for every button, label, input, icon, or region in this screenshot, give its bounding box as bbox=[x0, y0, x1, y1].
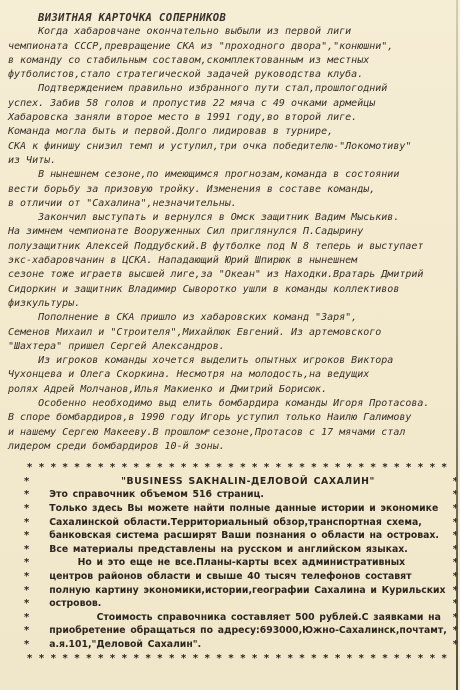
asterisk-glyph: * bbox=[370, 461, 375, 475]
text-line: Из игроков команды хочется выделить опыт… bbox=[8, 354, 456, 368]
text-line: из Читы. bbox=[8, 154, 456, 168]
text-line: вести борьбу за призовую тройку. Изменен… bbox=[8, 183, 456, 197]
asterisk-glyph: * bbox=[442, 652, 447, 666]
asterisk-glyph: * bbox=[157, 652, 162, 666]
text-line: полную картину экономики,истории,географ… bbox=[49, 584, 447, 598]
text-line: Чухонцева и Олега Скоркина. Несмотря на … bbox=[8, 368, 456, 382]
asterisk-glyph: * bbox=[39, 652, 44, 666]
asterisk-glyph: * bbox=[442, 461, 447, 475]
text-line: Пополнение в СКА пришло из хабаровских к… bbox=[8, 311, 456, 325]
asterisk-glyph: * bbox=[264, 461, 269, 475]
text-line: Сидоркин и защитник Владимир Сыворотко у… bbox=[8, 283, 456, 297]
text-line: островов. bbox=[49, 597, 447, 611]
asterisk-glyph: * bbox=[311, 652, 316, 666]
asterisk-glyph: * bbox=[193, 461, 198, 475]
ink-smudge bbox=[206, 429, 210, 432]
asterisk-glyph: * bbox=[311, 461, 316, 475]
asterisk-glyph: * bbox=[122, 461, 127, 475]
asterisk-glyph: * bbox=[252, 461, 257, 475]
asterisk-glyph: * bbox=[157, 461, 162, 475]
asterisk-glyph: * bbox=[98, 461, 103, 475]
text-line: Только здесь Вы можете найти полные данн… bbox=[49, 502, 447, 516]
asterisk-glyph: * bbox=[430, 461, 435, 475]
asterisk-glyph: * bbox=[217, 461, 222, 475]
asterisk-glyph: * bbox=[406, 652, 411, 666]
asterisk-glyph: * bbox=[181, 652, 186, 666]
asterisk-glyph: * bbox=[382, 461, 387, 475]
ad-text: "BUSINESS SAKHALIN-ДЕЛОВОЙ САХАЛИН" Это … bbox=[29, 475, 453, 652]
asterisk-glyph: * bbox=[240, 652, 245, 666]
asterisk-glyph: * bbox=[145, 461, 150, 475]
asterisk-glyph: * bbox=[264, 652, 269, 666]
asterisk-glyph: * bbox=[86, 461, 91, 475]
text-line: центров районов области и свыше 40 тысяч… bbox=[49, 570, 447, 584]
asterisk-glyph: * bbox=[217, 652, 222, 666]
asterisk-glyph: * bbox=[394, 461, 399, 475]
asterisk-glyph: * bbox=[288, 652, 293, 666]
asterisk-glyph: * bbox=[181, 461, 186, 475]
ad-title: "BUSINESS SAKHALIN-ДЕЛОВОЙ САХАЛИН" bbox=[49, 475, 447, 489]
asterisk-glyph: * bbox=[122, 652, 127, 666]
text-line: Когда хабаровчане окончательно выбыли из… bbox=[8, 25, 456, 39]
article-title: ВИЗИТНАЯ КАРТОЧКА СОПЕРНИКОВ bbox=[38, 11, 456, 25]
asterisk-glyph: * bbox=[86, 652, 91, 666]
asterisk-glyph: * bbox=[299, 652, 304, 666]
scan-edge-artifact bbox=[456, 0, 458, 690]
text-line: "Шахтера" пришел Сергей Александров. bbox=[8, 340, 456, 354]
asterisk-glyph: * bbox=[110, 461, 115, 475]
text-line: Подтверждением правильно избранного пути… bbox=[8, 82, 456, 96]
asterisk-glyph: * bbox=[370, 652, 375, 666]
text-line: лидером среди бомбардиров 10-й зоны. bbox=[8, 440, 456, 454]
text-line: В нынешнем сезоне,по имеющимся прогнозам… bbox=[8, 168, 456, 182]
asterisk-glyph: * bbox=[406, 461, 411, 475]
asterisk-glyph: * bbox=[134, 652, 139, 666]
asterisk-glyph: * bbox=[418, 461, 423, 475]
asterisk-border-bottom: * * * * * * * * * * * * bbox=[24, 652, 450, 666]
asterisk-glyph: * bbox=[27, 652, 32, 666]
asterisk-glyph: * bbox=[228, 652, 233, 666]
asterisk-glyph: * bbox=[394, 652, 399, 666]
text-line: Закончил выступать и вернулся в Омск защ… bbox=[8, 211, 456, 225]
asterisk-glyph: * bbox=[240, 461, 245, 475]
asterisk-glyph: * bbox=[347, 652, 352, 666]
text-line: Хабаровска заняли второе место в 1991 го… bbox=[8, 111, 456, 125]
ad-body: Это справочник объемом 516 страниц. Толь… bbox=[49, 488, 447, 651]
asterisk-glyph: * bbox=[276, 652, 281, 666]
asterisk-glyph: * bbox=[169, 652, 174, 666]
text-line: Но и это еще не все.Планы-карты всех адм… bbox=[49, 556, 447, 570]
asterisk-glyph: * bbox=[63, 461, 68, 475]
text-line: полузащитник Алексей Поддубский.В футбол… bbox=[8, 240, 456, 254]
text-line: ролях Адрей Молчанов,Илья Макиенко и Дми… bbox=[8, 383, 456, 397]
text-line: Команда могла быть и первой.Долго лидиро… bbox=[8, 125, 456, 139]
asterisk-glyph: * bbox=[299, 461, 304, 475]
text-line: а.я.101,"Деловой Сахалин". bbox=[49, 638, 447, 652]
text-line: Стоимость справочника составляет 500 руб… bbox=[49, 611, 447, 625]
asterisk-glyph: * bbox=[418, 652, 423, 666]
text-line: банковская система расширят Ваши познани… bbox=[49, 529, 447, 543]
asterisk-glyph: * bbox=[359, 652, 364, 666]
asterisk-glyph: * bbox=[98, 652, 103, 666]
text-line: Все материалы представлены на русском и … bbox=[49, 543, 447, 557]
text-line: Сахалинской области.Территориальный обзо… bbox=[49, 516, 447, 530]
asterisk-glyph: * bbox=[323, 461, 328, 475]
text-line: сезоне тоже играетв высшей лиге,за "Океа… bbox=[8, 268, 456, 282]
advertisement-box: * * * * * * * * * * * * bbox=[0, 461, 460, 665]
text-line: СКА к финишу снизил темп и уступил,три о… bbox=[8, 140, 456, 154]
asterisk-glyph: * bbox=[205, 461, 210, 475]
text-line: В споре бомбардиров,в 1990 году Игорь ус… bbox=[8, 411, 456, 425]
text-line: физкультуры. bbox=[8, 297, 456, 311]
text-line: в команду со стабильным составом,скомпле… bbox=[8, 54, 456, 68]
text-line: футболистов,стало стратегической задачей… bbox=[8, 68, 456, 82]
asterisk-glyph: * bbox=[193, 652, 198, 666]
article: ВИЗИТНАЯ КАРТОЧКА СОПЕРНИКОВ Когда хабар… bbox=[0, 0, 460, 454]
asterisk-glyph: * bbox=[288, 461, 293, 475]
asterisk-glyph: * bbox=[51, 461, 56, 475]
text-line: Особенно необходимо выд елить бомбардира… bbox=[8, 397, 456, 411]
asterisk-glyph: * bbox=[74, 652, 79, 666]
asterisk-glyph: * bbox=[359, 461, 364, 475]
asterisk-glyph: * bbox=[323, 652, 328, 666]
asterisk-glyph: * bbox=[430, 652, 435, 666]
asterisk-glyph: * bbox=[347, 461, 352, 475]
asterisk-glyph: * bbox=[145, 652, 150, 666]
asterisk-border-top: * * * * * * * * * * * * bbox=[24, 461, 450, 475]
asterisk-glyph: * bbox=[382, 652, 387, 666]
asterisk-glyph: * bbox=[63, 652, 68, 666]
asterisk-glyph: * bbox=[169, 461, 174, 475]
asterisk-glyph: * bbox=[335, 461, 340, 475]
text-line: приобретение обращаться по адресу:693000… bbox=[49, 624, 447, 638]
text-line: успех. Забив 58 голов и пропустив 22 мяч… bbox=[8, 97, 456, 111]
asterisk-glyph: * bbox=[335, 652, 340, 666]
asterisk-glyph: * bbox=[51, 652, 56, 666]
text-line: экс-хабаровчанин в ЦСКА. Нападающий Юрий… bbox=[8, 254, 456, 268]
asterisk-glyph: * bbox=[205, 652, 210, 666]
asterisk-glyph: * bbox=[134, 461, 139, 475]
asterisk-glyph: * bbox=[252, 652, 257, 666]
asterisk-glyph: * bbox=[110, 652, 115, 666]
asterisk-glyph: * bbox=[228, 461, 233, 475]
text-line: Это справочник объемом 516 страниц. bbox=[49, 488, 447, 502]
text-line: чемпионата СССР,превращение СКА из "прох… bbox=[8, 40, 456, 54]
text-line: в отличии от "Сахалина",незначительны. bbox=[8, 197, 456, 211]
text-line: и нашему Сергею Макееву.В прошлом сезоне… bbox=[8, 426, 456, 440]
asterisk-glyph: * bbox=[276, 461, 281, 475]
text-line: На зимнем чемпионате Вооруженных Сил при… bbox=[8, 225, 456, 239]
asterisk-glyph: * bbox=[39, 461, 44, 475]
scanned-page: ВИЗИТНАЯ КАРТОЧКА СОПЕРНИКОВ Когда хабар… bbox=[0, 0, 460, 690]
article-body: Когда хабаровчане окончательно выбыли из… bbox=[8, 25, 456, 454]
text-line: Семенов Михаил и "Строителя",Михайлюк Ев… bbox=[8, 326, 456, 340]
asterisk-glyph: * bbox=[74, 461, 79, 475]
asterisk-glyph: * bbox=[27, 461, 32, 475]
ad-box-middle: * * * * * * * * * * bbox=[24, 475, 450, 652]
